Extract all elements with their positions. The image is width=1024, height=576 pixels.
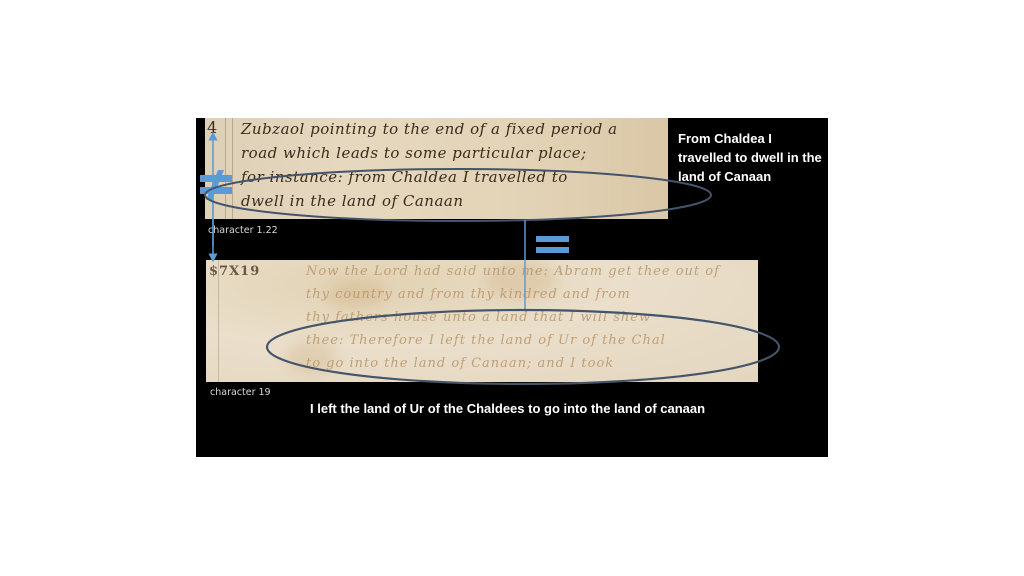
margin-rule [225,118,226,219]
top-translation-text: From Chaldea I travelled to dwell in the… [678,129,828,186]
manuscript-image-character-1-22: 4 Zubzaol pointing to the end of a fixed… [205,118,668,219]
slide: 4 Zubzaol pointing to the end of a fixed… [196,118,828,457]
manuscript-line: thee: Therefore I left the land of Ur of… [306,333,666,348]
manuscript-line: thy country and from thy kindred and fro… [306,287,631,302]
folio-number: $7X19 [209,264,260,279]
folio-number: 4 [207,118,218,137]
caption-character-19: character 19 [210,387,271,398]
manuscript-line: thy fathers house unto a land that I wil… [306,310,651,325]
manuscript-line: dwell in the land of Canaan [241,192,464,210]
margin-rule [232,118,233,219]
bottom-translation-text: I left the land of Ur of the Chaldees to… [310,401,705,416]
manuscript-line: Zubzaol pointing to the end of a fixed p… [241,120,618,138]
manuscript-line: Now the Lord had said unto me: Abram get… [306,264,720,279]
caption-character-1-22: character 1.22 [208,225,278,236]
manuscript-line: for instance: from Chaldea I travelled t… [241,168,568,186]
manuscript-image-character-19: $7X19 Now the Lord had said unto me: Abr… [206,260,758,382]
equal-icon [536,236,569,253]
manuscript-line: road which leads to some particular plac… [241,144,587,162]
manuscript-line: to go into the land of Canaan; and I too… [306,356,614,371]
